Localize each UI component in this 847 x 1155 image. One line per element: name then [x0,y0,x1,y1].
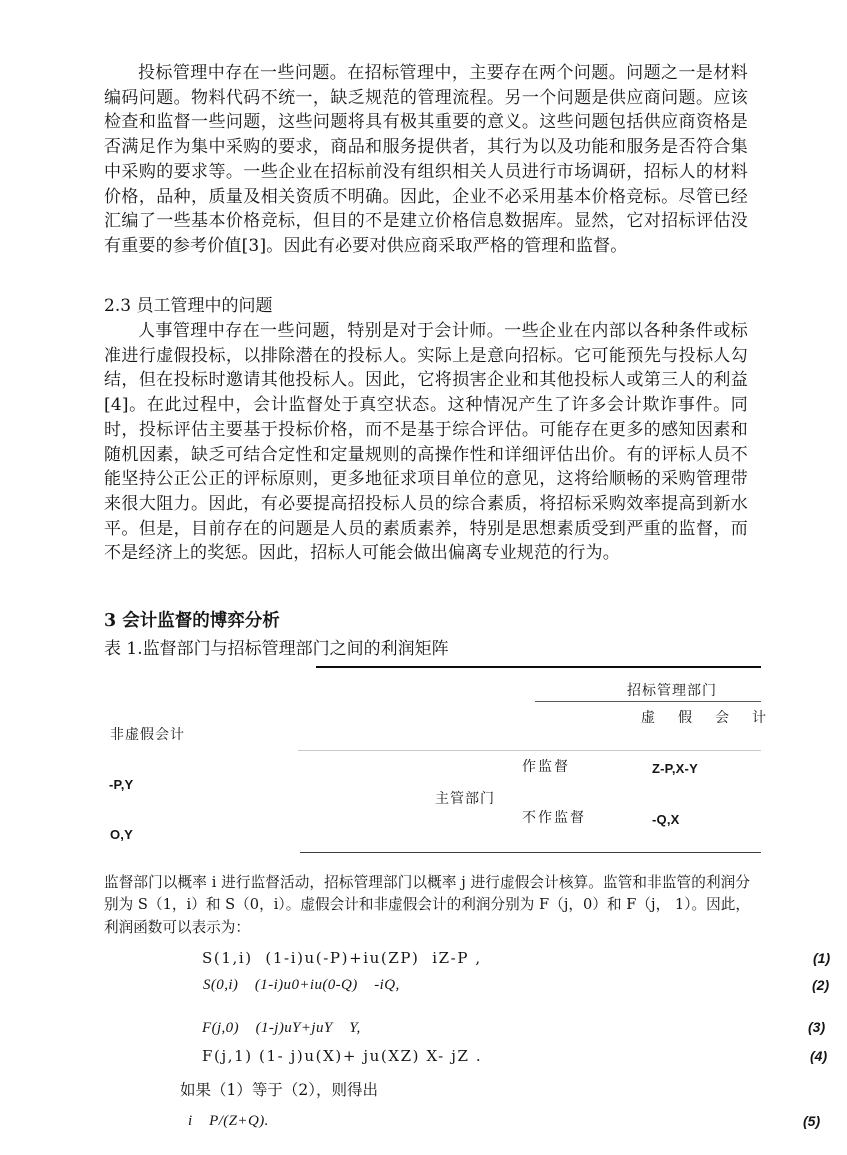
section-2-3-heading: 2.3 员工管理中的问题 [104,294,272,318]
table-col-group-header: 招标管理部门 [627,683,717,700]
equation-2-number: (2) [812,977,829,993]
equation-3-number: (3) [808,1019,825,1035]
table-col-header-fake-accounting: 虚假会计 [641,710,789,727]
table-header-rule [535,701,761,702]
equation-5-body: i P/(Z+Q). [188,1113,269,1130]
table-row1-label-supervise: 作监督 [522,759,570,776]
table-top-rule [316,666,761,668]
paragraph-bidding-management-problems: 投标管理中存在一些问题。在招标管理中，主要存在两个问题。问题之一是材料编码问题。… [104,61,748,259]
equation-3-body: F(j,0) (1-j)uY+juY Y, [202,1020,361,1037]
equation-1-body: S(1,i) (1-i)u(-P)+iu(ZP) iZ-P , [202,950,482,967]
equation-condition-text: 如果（1）等于（2），则得出 [180,1081,378,1099]
table-row-group-header-department: 主管部门 [435,791,495,808]
equation-4-body: F(j,1) (1- j)u(X)+ ju(XZ) X- jZ . [202,1048,482,1065]
paragraph-staff-management-problems: 人事管理中存在一些问题，特别是对于会计师。一些企业在内部以各种条件或标准进行虚假… [104,319,748,566]
paragraph-probability-setup: 监督部门以概率 i 进行监督活动，招标管理部门以概率 j 进行虚假会计核算。监管… [104,872,750,939]
table-bottom-rule [300,852,761,853]
equation-1-number: (1) [813,950,830,966]
table-row1-payoff: Z-P,X-Y [652,761,698,776]
table-row-header-nonfake-accounting: 非虚假会计 [110,727,185,744]
equation-2-body: S(0,i) (1-i)u0+iu(0-Q) -iQ, [203,977,400,994]
table-1-caption: 表 1.监督部门与招标管理部门之间的利润矩阵 [104,637,449,661]
equation-4-number: (4) [810,1048,827,1064]
table-row2-left-payoff: O,Y [110,827,133,842]
table-mid-rule [298,750,761,751]
section-3-heading: 3 会计监督的博弈分析 [104,609,280,633]
table-row2-label-not-supervise: 不作监督 [522,810,586,827]
equation-5-number: (5) [803,1113,820,1129]
table-row2-payoff: -Q,X [652,812,680,827]
table-row1-left-payoff: -P,Y [109,777,133,792]
document-page: 投标管理中存在一些问题。在招标管理中，主要存在两个问题。问题之一是材料编码问题。… [0,0,847,1155]
